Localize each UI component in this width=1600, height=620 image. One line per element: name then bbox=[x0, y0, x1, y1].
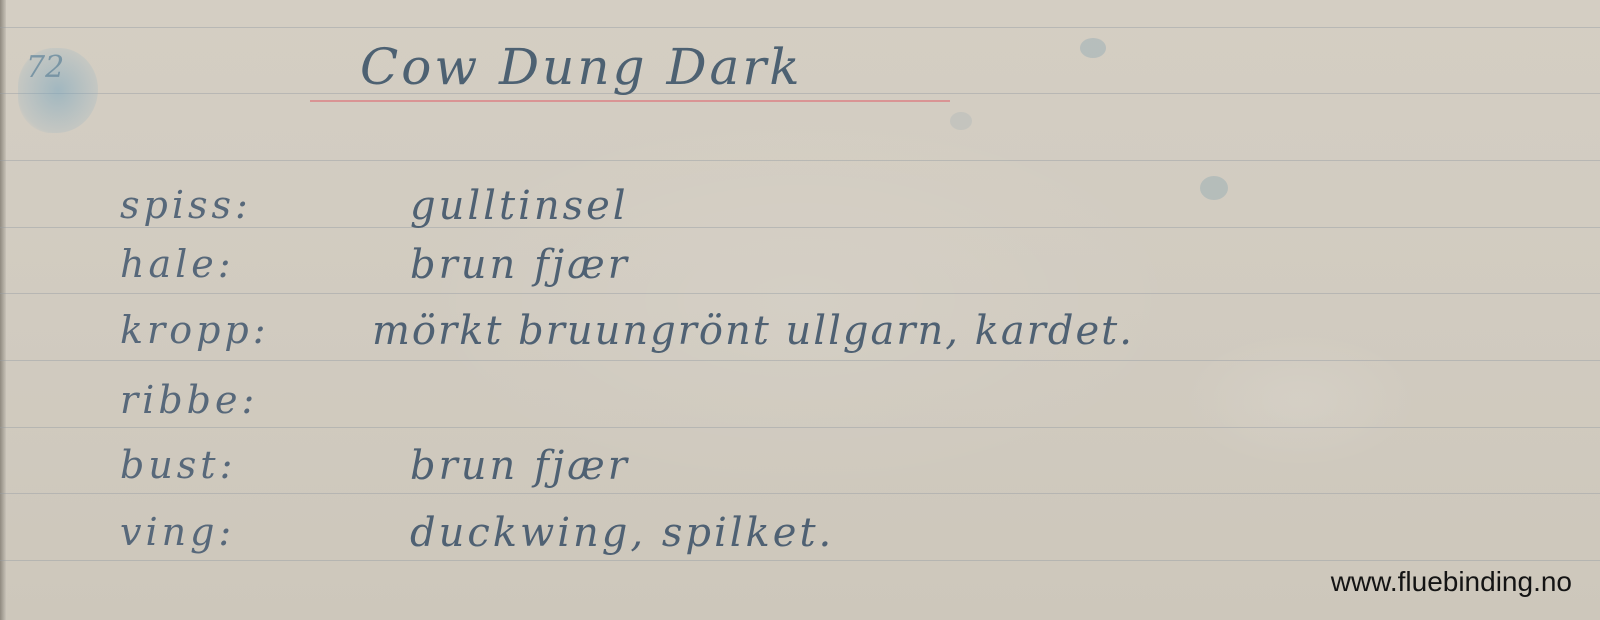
recipe-label: ribbe: bbox=[120, 378, 258, 422]
recipe-row-tip: spiss: gulltinsel bbox=[0, 183, 1600, 249]
notebook-page: 72 Cow Dung Dark spiss: gulltinsel hale:… bbox=[0, 0, 1600, 620]
title-underline bbox=[310, 100, 950, 102]
recipe-value: brun fjær bbox=[410, 443, 630, 489]
recipe-row-rib: ribbe: bbox=[0, 378, 1600, 444]
recipe-label: bust: bbox=[120, 443, 236, 487]
recipe-value: mörkt bruungrönt ullgarn, kardet. bbox=[372, 308, 1134, 354]
ruled-line bbox=[0, 160, 1600, 161]
recipe-value: duckwing, spilket. bbox=[410, 510, 834, 556]
recipe-label: spiss: bbox=[120, 183, 252, 227]
ink-stain bbox=[1080, 38, 1106, 58]
recipe-value: brun fjær bbox=[410, 242, 630, 288]
recipe-label: kropp: bbox=[120, 308, 270, 352]
recipe-row-tail: hale: brun fjær bbox=[0, 242, 1600, 308]
recipe-label: hale: bbox=[120, 242, 235, 286]
watermark: www.fluebinding.no bbox=[1331, 566, 1572, 598]
page-title: Cow Dung Dark bbox=[360, 38, 803, 96]
recipe-row-body: kropp: mörkt bruungrönt ullgarn, kardet. bbox=[0, 308, 1600, 374]
page-number: 72 bbox=[26, 50, 64, 85]
recipe-label: ving: bbox=[120, 510, 235, 554]
ruled-line bbox=[0, 27, 1600, 28]
ink-stain bbox=[950, 112, 972, 130]
recipe-row-hackle: bust: brun fjær bbox=[0, 443, 1600, 509]
recipe-value: gulltinsel bbox=[410, 183, 629, 229]
